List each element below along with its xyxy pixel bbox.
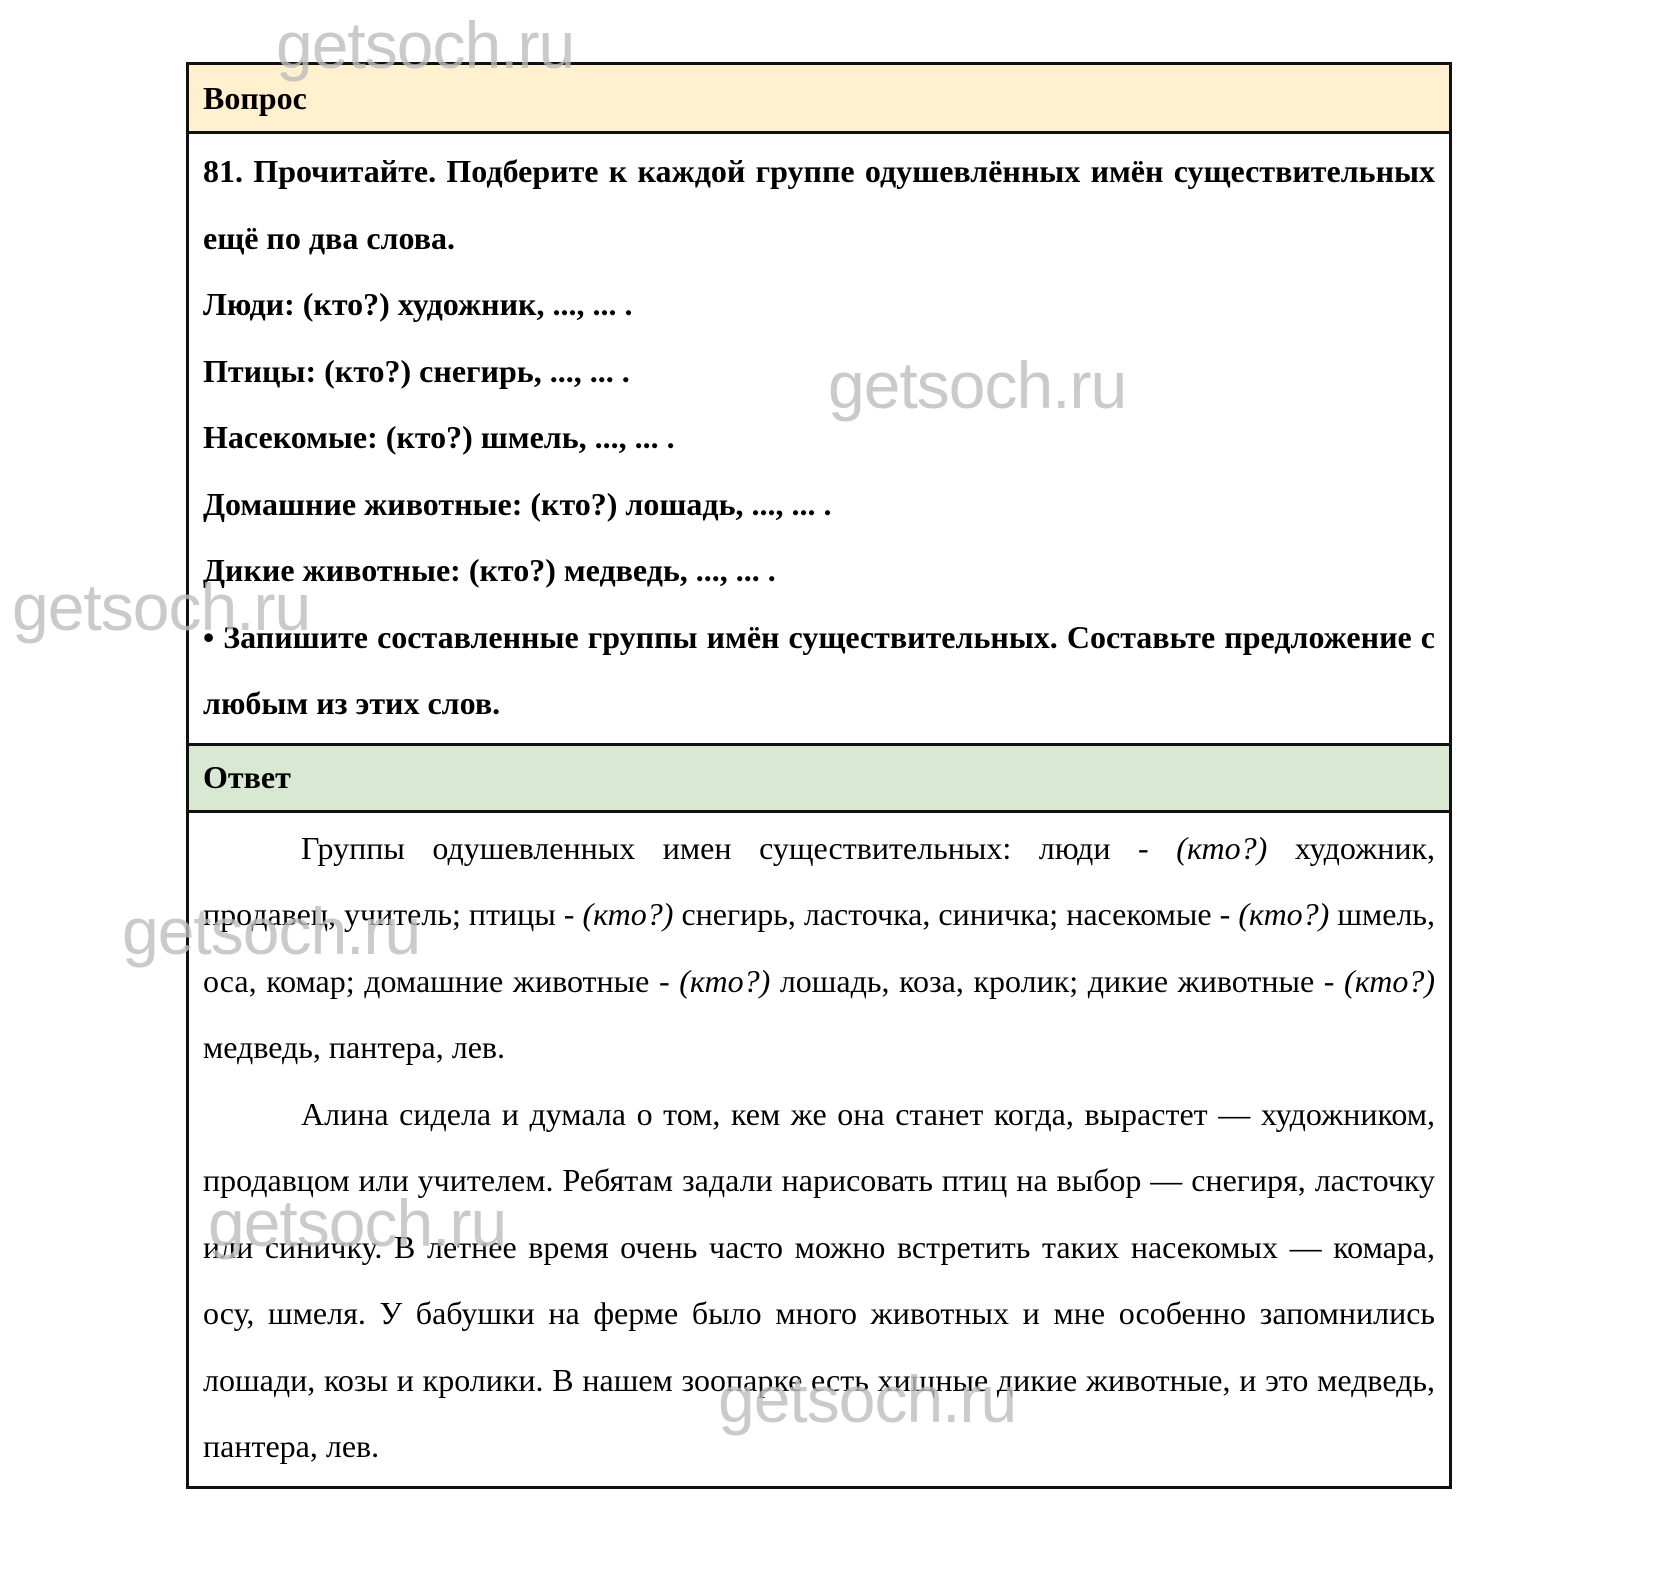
question-group-birds: Птицы: (кто?) снегирь, ..., ... . bbox=[203, 338, 1435, 405]
question-group-wild-animals: Дикие животные: (кто?) медведь, ..., ...… bbox=[203, 537, 1435, 604]
question-group-insects: Насекомые: (кто?) шмель, ..., ... . bbox=[203, 404, 1435, 471]
question-intro: 81. Прочитайте. Подберите к каждой групп… bbox=[203, 138, 1435, 271]
qa-card: Вопрос 81. Прочитайте. Подберите к каждо… bbox=[186, 62, 1452, 1489]
answer-header: Ответ bbox=[189, 743, 1449, 813]
answer-text: медведь, пантера, лев. bbox=[203, 1029, 505, 1065]
question-group-people: Люди: (кто?) художник, ..., ... . bbox=[203, 271, 1435, 338]
answer-question-mark: (кто?) bbox=[582, 896, 673, 932]
answer-question-mark: (кто?) bbox=[679, 963, 770, 999]
answer-paragraph-sentences: Алина сидела и думала о том, кем же она … bbox=[203, 1081, 1435, 1480]
answer-paragraph-groups: Группы одушевленных имен существительных… bbox=[203, 815, 1435, 1081]
question-header: Вопрос bbox=[189, 65, 1449, 134]
answer-text: снегирь, ласточка, синичка; насекомые - bbox=[673, 896, 1238, 932]
question-header-label: Вопрос bbox=[203, 80, 307, 117]
answer-header-label: Ответ bbox=[203, 759, 291, 796]
answer-text: Группы одушевленных имен существительных… bbox=[301, 830, 1176, 866]
answer-question-mark: (кто?) bbox=[1176, 830, 1267, 866]
answer-question-mark: (кто?) bbox=[1344, 963, 1435, 999]
answer-question-mark: (кто?) bbox=[1238, 896, 1329, 932]
answer-body: Группы одушевленных имен существительных… bbox=[189, 813, 1449, 1486]
question-task: • Запишите составленные группы имён суще… bbox=[203, 604, 1435, 737]
question-body: 81. Прочитайте. Подберите к каждой групп… bbox=[189, 134, 1449, 743]
question-group-domestic-animals: Домашние животные: (кто?) лошадь, ..., .… bbox=[203, 471, 1435, 538]
answer-text: лошадь, коза, кролик; дикие животные - bbox=[770, 963, 1344, 999]
